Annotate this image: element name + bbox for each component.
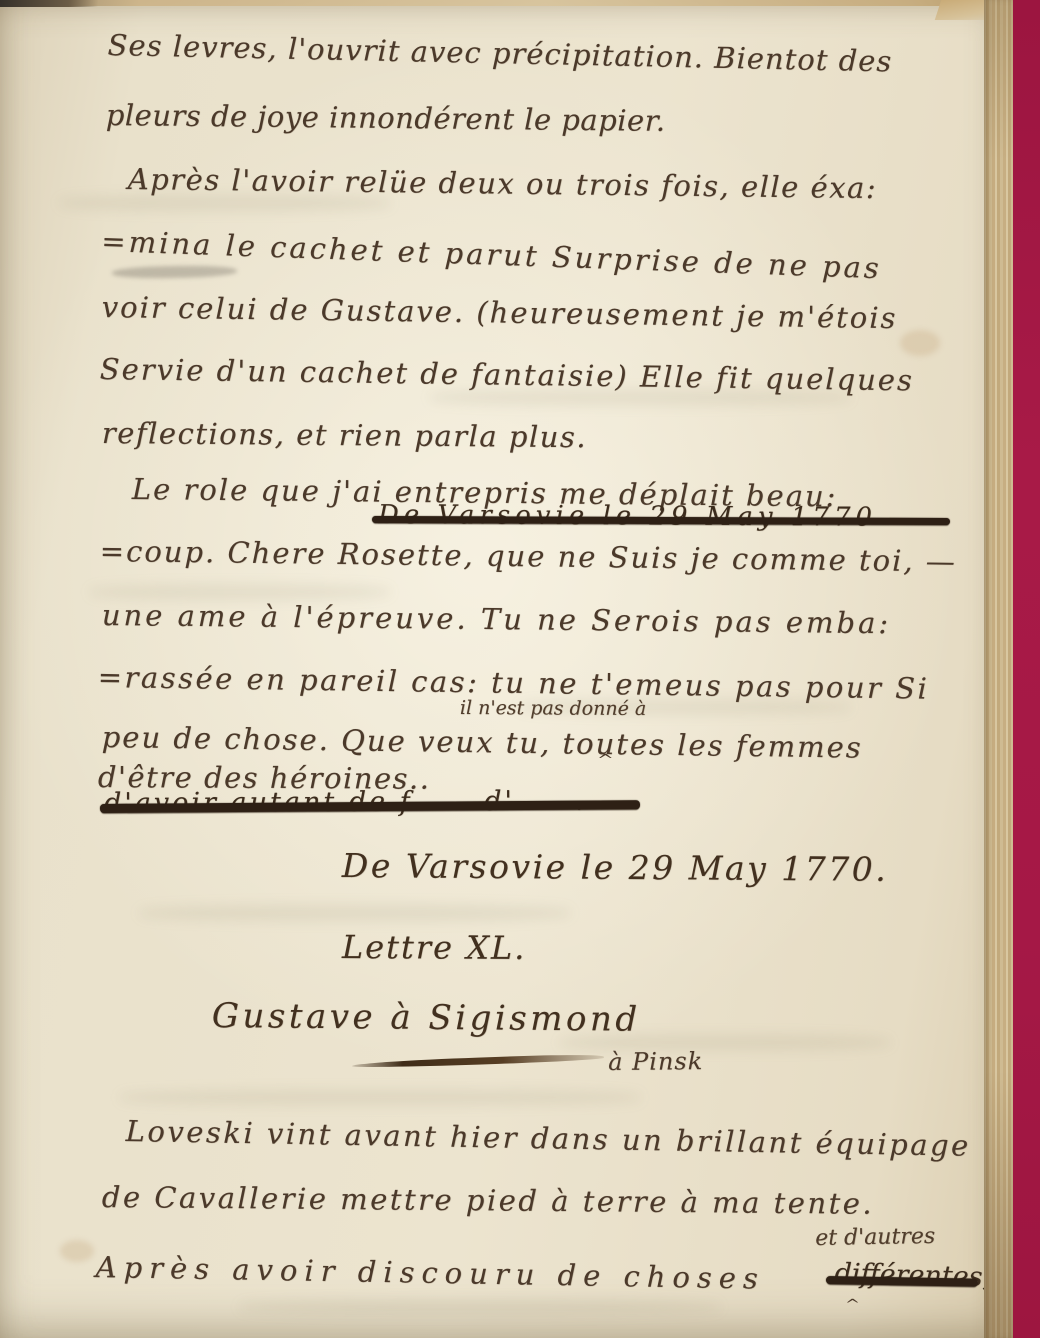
foxing-spot (900, 330, 940, 356)
letter-number-heading: Lettre XL. (342, 928, 527, 967)
ink-showthrough (90, 585, 390, 599)
insertion-caret: ^ (845, 1296, 860, 1313)
interlinear-insertion: et d'autres (815, 1224, 935, 1251)
mat-border (1013, 0, 1040, 1338)
scanned-manuscript: Ses levres, l'ouvrit avec précipitation.… (0, 0, 1040, 1338)
ink-showthrough (140, 905, 570, 921)
foxing-spot (60, 1240, 94, 1262)
manuscript-line: reflections, et rien parla plus. (102, 416, 587, 454)
ink-showthrough (120, 1090, 640, 1105)
manuscript-line: de Cavallerie mettre pied à terre à ma t… (102, 1180, 875, 1221)
manuscript-word-struck: différentes, (834, 1258, 991, 1293)
page-top-left-shadow (0, 0, 98, 7)
ink-showthrough (240, 1300, 720, 1314)
book-page-edges (984, 0, 1016, 1338)
page-top-edge (0, 0, 992, 6)
manuscript-line: pleurs de joye innondérent le papier. (106, 98, 666, 138)
place-annotation: à Pinsk (608, 1047, 703, 1076)
interlinear-insertion: il n'est pas donné à (460, 697, 646, 720)
letter-dateline: De Varsovie le 29 May 1770. (342, 846, 889, 889)
letter-parties-heading: Gustave à Sigismond (212, 996, 641, 1040)
